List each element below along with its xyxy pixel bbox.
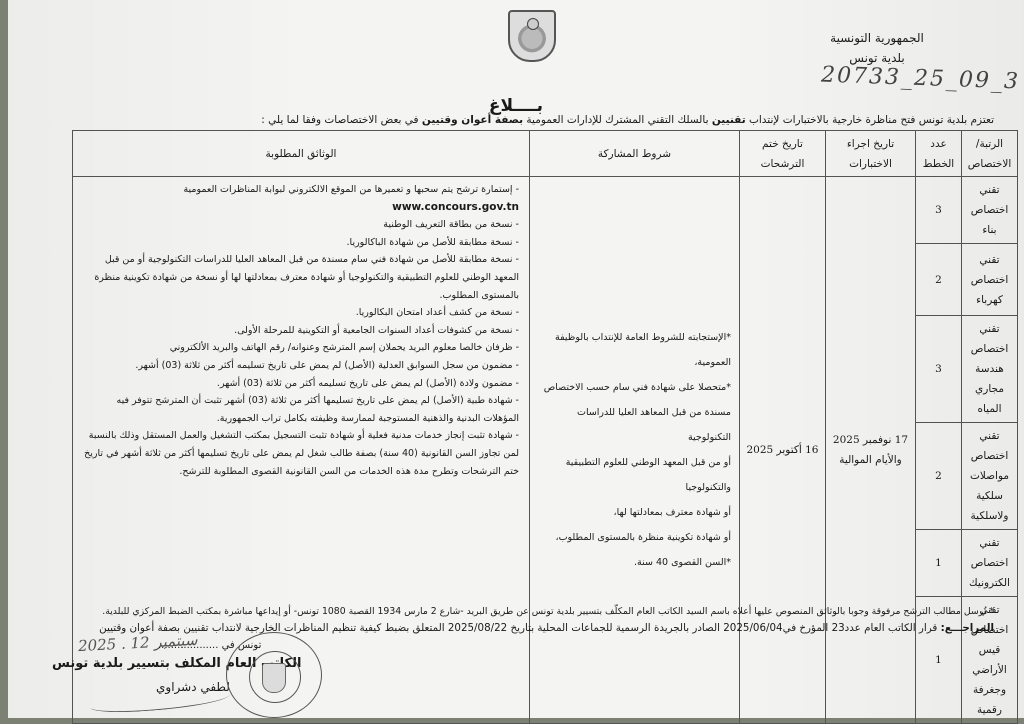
table-row: تقنياختصاص بناء 3 17 نوفمبر 2025 والأيام… [73, 177, 1018, 244]
rank-label: تقني [964, 533, 1015, 553]
rank-label: تقني [964, 426, 1015, 446]
references-text: قرار الكاتب العام عدد23 المؤرخ في2025/06… [99, 622, 940, 634]
specialty-label: اختصاص هندسة مجاري المياه [964, 339, 1015, 419]
document-page: الجمهورية التونسية بلدية تونس 20733_25_0… [8, 0, 1024, 718]
intro-paragraph: تعتزم بلدية تونس فتح مناظرة خارجية بالاخ… [204, 114, 994, 126]
intro-bold-technicians: تقنيين [712, 114, 746, 126]
conditions-cell: *الإستجابته للشروط العامة للإنتداب بالوظ… [530, 177, 740, 724]
header-conditions: شروط المشاركة [530, 131, 740, 177]
exam-date-sub: والأيام الموالية [826, 450, 915, 470]
document-item: - نسخة من كشوفات أعداد السنوات الجامعية … [83, 322, 519, 340]
issuer-header: الجمهورية التونسية بلدية تونس [822, 28, 932, 68]
condition-item: *السن القصوى 40 سنة. [538, 550, 731, 575]
intro-bold-temporary: بصفة أعوان وقتيين [422, 114, 523, 126]
document-item: - نسخة مطابقة للأصل من شهادة فني سام مسن… [83, 251, 519, 304]
header-exam-date: تاريخ اجراء الاختبارات [826, 131, 916, 177]
rank-label: تقني [964, 250, 1015, 270]
deadline-cell: 16 أكتوبر 2025 [740, 177, 826, 724]
count-cell: 1 [916, 530, 962, 597]
document-item: - مضمون من سجل السوابق العدلية (الأصل) ل… [83, 357, 519, 375]
rank-cell: تقنياختصاص مواصلات سلكية ولاسلكية [962, 423, 1018, 530]
condition-item: مسندة من قبل المعاهد العليا للدراسات الت… [538, 400, 731, 450]
intro-text: في بعض الاختصاصات وفقا لما يلي : [261, 114, 422, 126]
submission-footnote: * تُرسل مطالب الترشح مرفوقة وجوبا بالوثا… [14, 604, 994, 620]
specialty-label: اختصاص كهرباء [964, 270, 1015, 310]
header-deadline: تاريخ ختم الترشحات [740, 131, 826, 177]
exam-date: 17 نوفمبر 2025 [833, 434, 908, 446]
document-title: بــــلاغ [8, 96, 1024, 116]
document-item: - نسخة مطابقة للأصل من شهادة الباكالوريا… [83, 234, 519, 252]
condition-item: *متحصلا على شهادة فني سام حسب الاختصاص [538, 375, 731, 400]
count-cell: 2 [916, 244, 962, 316]
official-stamp-icon [226, 632, 322, 718]
table-header-row: الرتبة/ الاختصاص عدد الخطط تاريخ اجراء ا… [73, 131, 1018, 177]
concours-portal-link[interactable]: www.concours.gov.tn [83, 199, 519, 217]
specialty-label: اختصاص قيس الأراضي وجغرفة رقمية [964, 620, 1015, 720]
positions-table: الرتبة/ الاختصاص عدد الخطط تاريخ اجراء ا… [72, 130, 1018, 724]
count-cell: 2 [916, 423, 962, 530]
condition-item: أو شهادة معترف بمعادلتها لها، [538, 500, 731, 525]
condition-item: *الإستجابته للشروط العامة للإنتداب بالوظ… [538, 325, 731, 375]
rank-cell: تقنياختصاص الكترونيك [962, 530, 1018, 597]
references-label: المراجـــع: [941, 622, 994, 634]
document-item: - شهادة طبية (الأصل) لم يمض على تاريخ تس… [83, 392, 519, 427]
specialty-label: اختصاص الكترونيك [964, 553, 1015, 593]
coat-of-arms-icon [508, 10, 556, 62]
document-item: - نسخة من كشف أعداد امتحان البكالوريا. [83, 304, 519, 322]
header-count: عدد الخطط [916, 131, 962, 177]
rank-cell: تقنياختصاص هندسة مجاري المياه [962, 316, 1018, 423]
header-rank: الرتبة/ الاختصاص [962, 131, 1018, 177]
specialty-label: اختصاص بناء [964, 200, 1015, 240]
condition-item: أو شهادة تكوينية منظرة بالمستوى المطلوب، [538, 525, 731, 550]
intro-text: بالسلك التقني المشترك للإدارات العمومية [523, 114, 712, 126]
document-item: - إستمارة ترشح يتم سحبها و تعميرها من ال… [83, 181, 519, 199]
document-item: - مضمون ولادة (الأصل) لم يمض على تاريخ ت… [83, 375, 519, 393]
country-name: الجمهورية التونسية [822, 28, 932, 48]
document-item: - شهادة تثبت إنجاز خدمات مدنية فعلية أو … [83, 427, 519, 480]
specialty-label: اختصاص مواصلات سلكية ولاسلكية [964, 446, 1015, 526]
header-documents: الوثائق المطلوبة [73, 131, 530, 177]
rank-cell: تقنياختصاص كهرباء [962, 244, 1018, 316]
rank-label: تقني [964, 319, 1015, 339]
handwritten-reference-number: 20733_25_09_3 [821, 63, 1021, 95]
intro-text: تعتزم بلدية تونس فتح مناظرة خارجية بالاخ… [746, 114, 994, 126]
document-item: - نسخة من بطاقة التعريف الوطنية [83, 216, 519, 234]
count-cell: 3 [916, 177, 962, 244]
condition-item: أو من قبل المعهد الوطني للعلوم التطبيقية… [538, 450, 731, 500]
rank-label: تقني [964, 180, 1015, 200]
document-item: - ظرفان خالصا معلوم البريد يحملان إسم ال… [83, 339, 519, 357]
rank-cell: تقنياختصاص بناء [962, 177, 1018, 244]
exam-date-cell: 17 نوفمبر 2025 والأيام الموالية [826, 177, 916, 724]
count-cell: 3 [916, 316, 962, 423]
